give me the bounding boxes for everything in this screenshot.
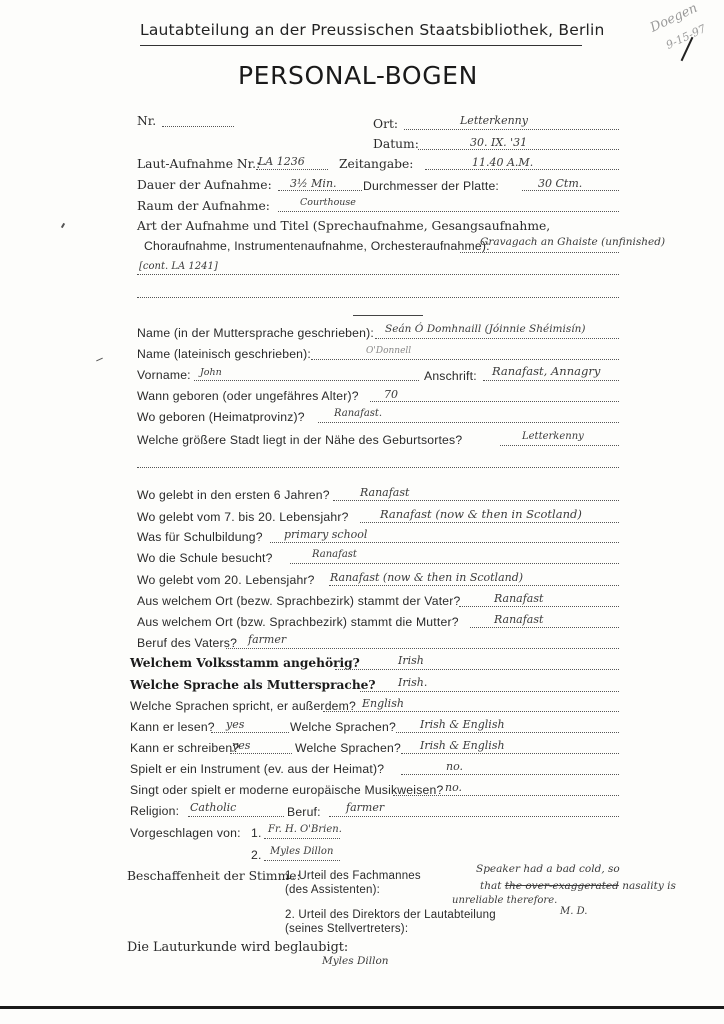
- beruf-vater-field: [226, 648, 619, 649]
- laut-aufnahme-field: [256, 169, 328, 170]
- lesen-value: yes: [226, 718, 244, 731]
- name-muttersprache-label: Name (in der Muttersprache geschrieben):: [137, 326, 374, 340]
- art-aufnahme-field-line2: [137, 274, 619, 275]
- musik-value: no.: [445, 781, 462, 794]
- mutter-ort-value: Ranafast: [494, 613, 543, 626]
- lesen-sprachen-value: Irish & English: [420, 718, 505, 731]
- beruf-vater-label: Beruf des Vaters?: [137, 636, 237, 650]
- zeitangabe-label: Zeitangabe:: [339, 157, 413, 171]
- urteil-1-value-struck: the over-exaggerated: [505, 880, 619, 892]
- schule-besucht-field: [290, 563, 619, 564]
- name-muttersprache-value: Seán Ó Domhnaill (Jóinnie Shéimisín): [385, 323, 585, 335]
- name-lateinisch-field: [311, 359, 619, 360]
- stimme-label: Beschaffenheit der Stimme:: [127, 869, 301, 883]
- dauer-label: Dauer der Aufnahme:: [137, 178, 272, 192]
- stadt-label: Welche größere Stadt liegt in der Nähe d…: [137, 433, 462, 447]
- beruf-vater-value: farmer: [248, 633, 286, 646]
- vater-ort-field: [459, 606, 619, 607]
- urteil-1-label-line1: 1. Urteil des Fachmannes: [285, 870, 421, 882]
- wo-geboren-field: [318, 422, 619, 423]
- instrument-field: [401, 774, 619, 775]
- gelebt-7-field: [360, 522, 619, 523]
- vater-ort-value: Ranafast: [494, 592, 543, 605]
- wo-geboren-value: Ranafast.: [334, 408, 382, 419]
- urteil-1-label-line2: (des Assistenten):: [285, 884, 380, 896]
- religion-field: [188, 816, 284, 817]
- schreiben-sprachen-value: Irish & English: [420, 739, 505, 752]
- stadt-field: [500, 445, 619, 446]
- ort-label: Ort:: [373, 117, 398, 131]
- vorname-label: Vorname:: [137, 368, 191, 382]
- nr-field: [162, 126, 234, 127]
- durchmesser-field: [522, 190, 619, 191]
- sprachen-field: [323, 711, 619, 712]
- volksstamm-value: Irish: [398, 654, 424, 667]
- gelebt-6-field: [333, 500, 619, 501]
- gelebt-20-field: [329, 585, 619, 586]
- dauer-value: 3½ Min.: [290, 177, 337, 190]
- dauer-field: [278, 190, 362, 191]
- volksstamm-field: [335, 669, 619, 670]
- muttersprache-value: Irish.: [398, 676, 427, 689]
- lesen-sprachen-field: [396, 732, 619, 733]
- schulbildung-value: primary school: [284, 528, 367, 541]
- schreiben-value: yes: [232, 739, 250, 752]
- religion-value: Catholic: [190, 801, 236, 814]
- gelebt-6-value: Ranafast: [360, 486, 409, 499]
- anschrift-value: Ranafast, Annagry: [492, 364, 600, 378]
- lesen-field: [211, 732, 289, 733]
- schreiben-label: Kann er schreiben?: [130, 741, 239, 755]
- nr-label: Nr.: [137, 114, 156, 128]
- art-aufnahme-label-line1: Art der Aufnahme und Titel (Sprechaufnah…: [137, 219, 550, 233]
- durchmesser-label: Durchmesser der Platte:: [363, 179, 499, 193]
- urteil-1-value-line3: unreliable therefore.: [452, 895, 557, 906]
- page-bottom-edge: [0, 1006, 724, 1009]
- laut-aufnahme-label: Laut-Aufnahme Nr.:: [137, 157, 260, 171]
- section-separator: [353, 315, 423, 316]
- vorgeschlagen-1-field: [264, 838, 340, 839]
- ort-value: Letterkenny: [460, 114, 528, 127]
- anschrift-label: Anschrift:: [424, 369, 477, 383]
- vorgeschlagen-1-number: 1.: [251, 826, 262, 840]
- datum-label: Datum:: [373, 137, 419, 151]
- urteil-1-value-nasality: nasality is: [622, 880, 676, 892]
- gelebt-20-value: Ranafast (now & then in Scotland): [330, 571, 523, 584]
- header-underline: [140, 45, 582, 46]
- raum-label: Raum der Aufnahme:: [137, 199, 270, 213]
- name-lateinisch-value: O'Donnell: [366, 346, 411, 356]
- raum-field: [278, 211, 619, 212]
- schule-besucht-value: Ranafast: [312, 549, 357, 560]
- art-aufnahme-label-line2: Choraufnahme, Instrumentenaufnahme, Orch…: [144, 239, 490, 253]
- urteil-2-value: M. D.: [560, 906, 587, 917]
- instrument-label: Spielt er ein Instrument (ev. aus der He…: [130, 762, 384, 776]
- zeitangabe-value: 11.40 A.M.: [472, 156, 533, 169]
- urteil-2-label-line1: 2. Urteil des Direktors der Lautabteilun…: [285, 909, 496, 921]
- gelebt-6-label: Wo gelebt in den ersten 6 Jahren?: [137, 488, 330, 502]
- gelebt-7-value: Ranafast (now & then in Scotland): [380, 507, 582, 521]
- stadt-value: Letterkenny: [522, 431, 584, 442]
- sprachen-value: English: [362, 697, 404, 710]
- raum-value: Courthouse: [300, 197, 356, 208]
- schreiben-field: [230, 753, 292, 754]
- vorgeschlagen-label: Vorgeschlagen von:: [130, 826, 241, 840]
- geboren-value: 70: [384, 388, 398, 401]
- schreiben-sprachen-label: Welche Sprachen?: [295, 741, 401, 755]
- art-aufnahme-field-line3: [137, 297, 619, 298]
- urteil-2-label-line2: (seines Stellvertreters):: [285, 923, 408, 935]
- art-aufnahme-field: [460, 252, 619, 253]
- vorgeschlagen-2-value: Myles Dillon: [270, 846, 333, 857]
- lesen-label: Kann er lesen?: [130, 720, 215, 734]
- vorgeschlagen-2-number: 2.: [251, 848, 262, 862]
- beruf-label: Beruf:: [287, 805, 321, 819]
- beruf-field: [329, 816, 619, 817]
- wo-geboren-label: Wo geboren (Heimatprovinz)?: [137, 410, 305, 424]
- vorname-value: John: [200, 367, 222, 378]
- durchmesser-value: 30 Ctm.: [538, 177, 582, 190]
- muttersprache-label: Welche Sprache als Muttersprache?: [130, 678, 376, 692]
- ort-field: [404, 129, 619, 130]
- art-aufnahme-value: Gravagach an Ghaiste (unfinished): [480, 236, 665, 248]
- geboren-label: Wann geboren (oder ungefähres Alter)?: [137, 389, 359, 403]
- page-title: PERSONAL-BOGEN: [238, 61, 478, 90]
- schulbildung-label: Was für Schulbildung?: [137, 530, 263, 544]
- schulbildung-field: [270, 542, 619, 543]
- beglaubigt-label: Die Lauturkunde wird beglaubigt:: [127, 940, 348, 955]
- beruf-value: farmer: [346, 801, 384, 814]
- schule-besucht-label: Wo die Schule besucht?: [137, 551, 273, 565]
- lesen-sprachen-label: Welche Sprachen?: [290, 720, 396, 734]
- musik-field: [393, 795, 619, 796]
- laut-aufnahme-value: LA 1236: [258, 155, 305, 168]
- institution-header: Lautabteilung an der Preussischen Staats…: [140, 21, 605, 39]
- geboren-field: [370, 401, 619, 402]
- schreiben-sprachen-field: [401, 753, 619, 754]
- art-aufnahme-continuation: [cont. LA 1241]: [139, 261, 218, 272]
- urteil-1-value-that: that: [480, 880, 501, 892]
- volksstamm-label: Welchem Volksstamm angehörig?: [130, 656, 360, 670]
- datum-field: [418, 149, 619, 150]
- vorgeschlagen-2-field: [264, 860, 340, 861]
- zeitangabe-field: [425, 169, 619, 170]
- scan-mark: [61, 223, 65, 228]
- name-muttersprache-field: [375, 338, 619, 339]
- scan-mark: [96, 358, 103, 362]
- religion-label: Religion:: [130, 804, 179, 818]
- signature: Myles Dillon: [322, 955, 389, 967]
- mutter-ort-field: [470, 627, 619, 628]
- urteil-1-value-line2: that the over-exaggerated nasality is: [480, 880, 676, 892]
- urteil-1-value-line1: Speaker had a bad cold, so: [476, 863, 620, 875]
- anschrift-field: [483, 380, 619, 381]
- vater-ort-label: Aus welchem Ort (bezw. Sprachbezirk) sta…: [137, 594, 461, 608]
- datum-value: 30. IX. '31: [470, 136, 527, 149]
- gelebt-7-label: Wo gelebt vom 7. bis 20. Lebensjahr?: [137, 510, 349, 524]
- vorgeschlagen-1-value: Fr. H. O'Brien.: [268, 824, 342, 835]
- stadt-field-line2: [137, 467, 619, 468]
- vorname-field: [194, 380, 419, 381]
- name-lateinisch-label-text: Name (lateinisch geschrieben):: [137, 347, 311, 361]
- mutter-ort-label: Aus welchem Ort (bzw. Sprachbezirk) stam…: [137, 615, 459, 629]
- instrument-value: no.: [446, 760, 463, 773]
- muttersprache-field: [360, 691, 619, 692]
- gelebt-20-label: Wo gelebt vom 20. Lebensjahr?: [137, 573, 315, 587]
